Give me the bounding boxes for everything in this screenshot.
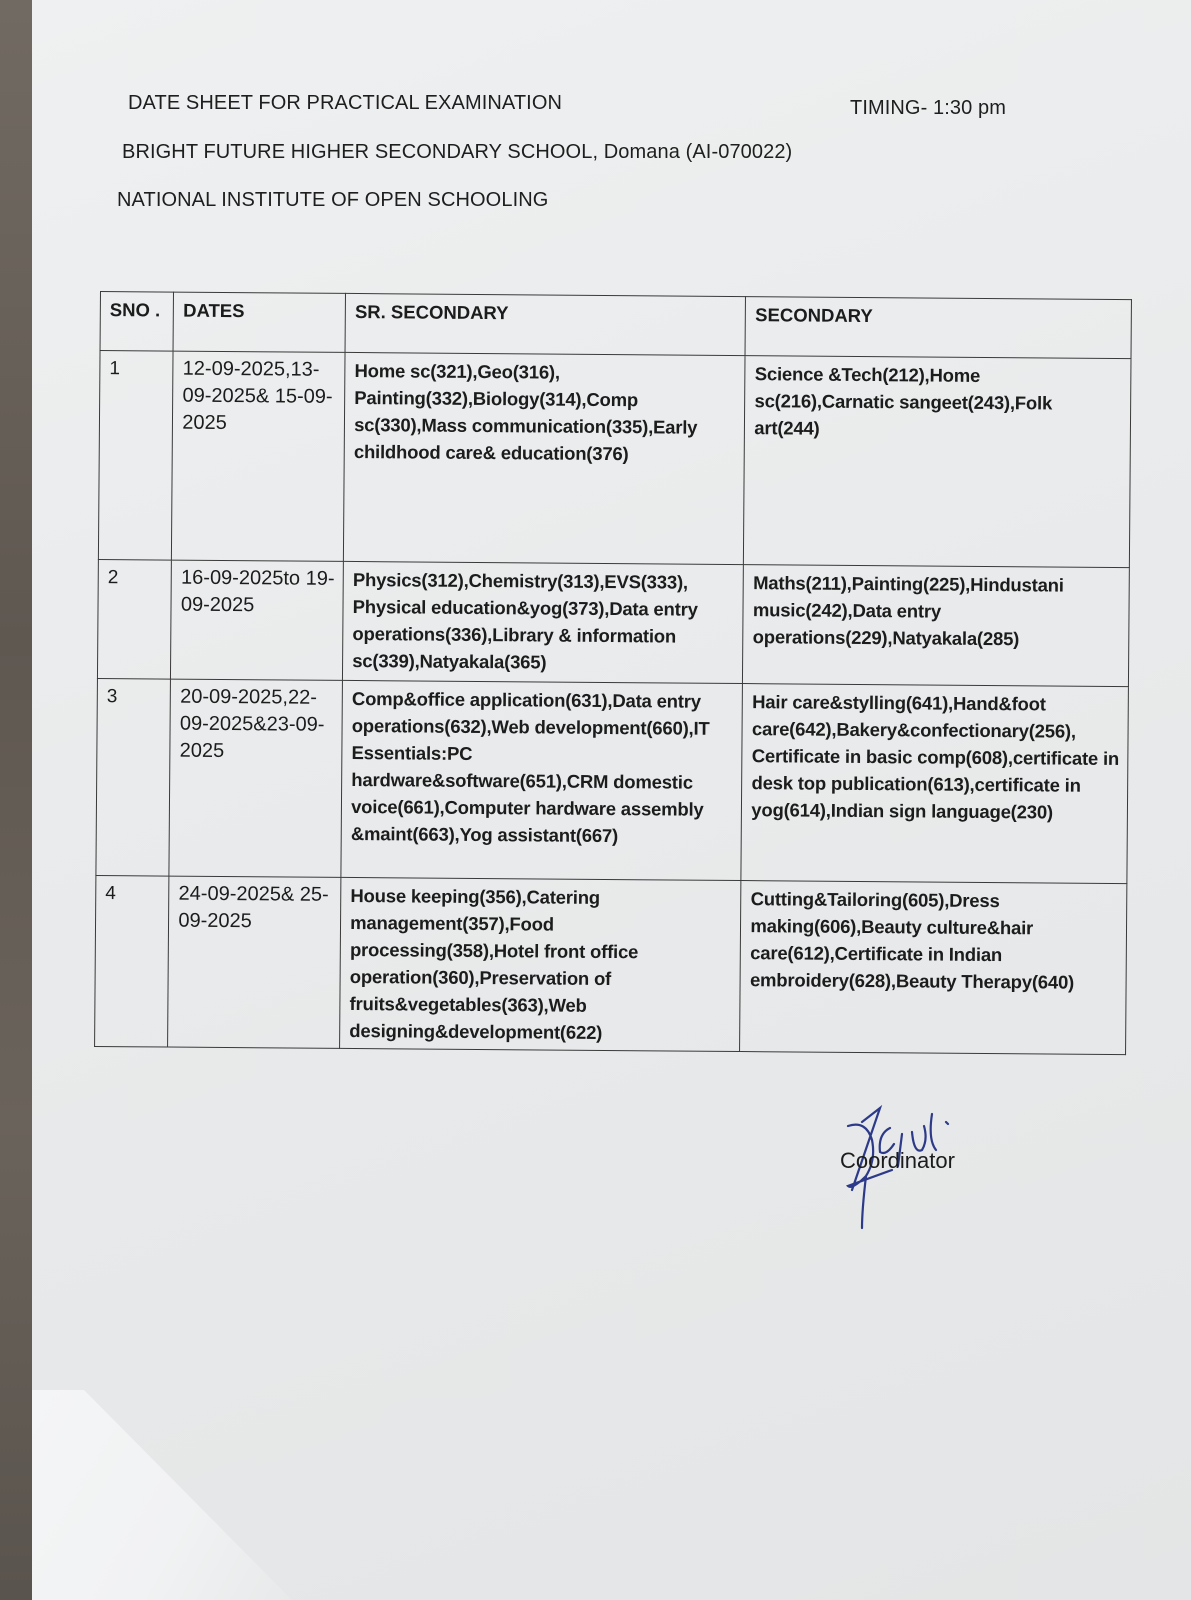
exam-schedule-table: SNO . DATES SR. SECONDARY SECONDARY 1 12… <box>94 291 1132 1055</box>
cell-sno: 2 <box>97 559 171 679</box>
table-header-row: SNO . DATES SR. SECONDARY SECONDARY <box>100 292 1131 359</box>
column-header-secondary: SECONDARY <box>745 297 1131 359</box>
date-sheet-page: DATE SHEET FOR PRACTICAL EXAMINATION TIM… <box>32 0 1191 1600</box>
exam-timing: TIMING- 1:30 pm <box>850 97 1006 120</box>
table-row: 2 16-09-2025to 19-09-2025 Physics(312),C… <box>97 559 1129 686</box>
column-header-dates: DATES <box>173 292 345 352</box>
cell-sno: 3 <box>96 678 171 876</box>
school-name: BRIGHT FUTURE HIGHER SECONDARY SCHOOL, D… <box>122 141 792 164</box>
cell-dates: 24-09-2025& 25-09-2025 <box>168 876 341 1048</box>
document-title: DATE SHEET FOR PRACTICAL EXAMINATION <box>128 92 562 115</box>
cell-secondary: Science &Tech(212),Home sc(216),Carnatic… <box>744 356 1131 568</box>
signatory-label: Coordinator <box>840 1148 955 1174</box>
cell-secondary: Cutting&Tailoring(605),Dress making(606)… <box>740 881 1127 1055</box>
cell-sr-secondary: House keeping(356),Catering management(3… <box>340 877 742 1051</box>
cell-sr-secondary: Comp&office application(631),Data entry … <box>341 680 743 880</box>
cell-sno: 1 <box>98 351 173 561</box>
cell-secondary: Maths(211),Painting(225),Hindustani musi… <box>743 565 1130 687</box>
cell-dates: 12-09-2025,13-09-2025& 15-09-2025 <box>172 351 345 561</box>
cell-dates: 20-09-2025,22-09-2025&23-09-2025 <box>169 679 342 877</box>
table-row: 4 24-09-2025& 25-09-2025 House keeping(3… <box>95 875 1127 1054</box>
paper-fold <box>32 1390 292 1600</box>
column-header-sr-secondary: SR. SECONDARY <box>345 293 746 355</box>
table-row: 3 20-09-2025,22-09-2025&23-09-2025 Comp&… <box>96 678 1129 883</box>
cell-secondary: Hair care&stylling(641),Hand&foot care(6… <box>741 684 1128 884</box>
cell-sr-secondary: Physics(312),Chemistry(313),EVS(333), Ph… <box>343 561 744 683</box>
institute-name: NATIONAL INSTITUTE OF OPEN SCHOOLING <box>117 189 548 212</box>
cell-sno: 4 <box>95 875 170 1047</box>
cell-dates: 16-09-2025to 19-09-2025 <box>171 560 344 680</box>
table-row: 1 12-09-2025,13-09-2025& 15-09-2025 Home… <box>98 351 1131 568</box>
column-header-sno: SNO . <box>100 292 174 352</box>
cell-sr-secondary: Home sc(321),Geo(316), Painting(332),Bio… <box>344 352 746 564</box>
